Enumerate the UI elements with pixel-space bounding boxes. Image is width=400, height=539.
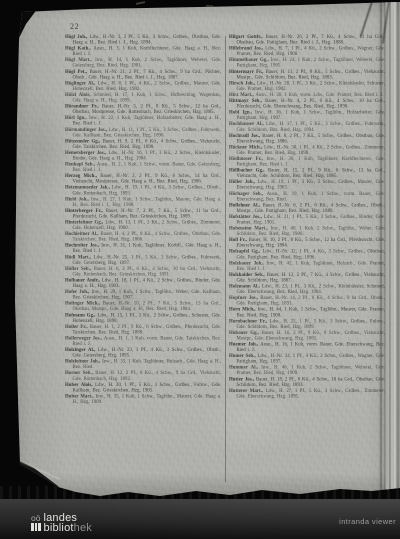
directory-entry: Höfler Seb., Bauer, H. 6, 2 Pf., 6 Kü., … <box>65 266 221 277</box>
logo-line-2: bibliot hek <box>31 523 92 533</box>
directory-entry: Högl Kath., Ausn., H. 3, 1 Kuh, Korbflec… <box>65 46 221 57</box>
logo-bibliothek-text-dim: hek <box>74 523 92 533</box>
directory-entry: Horn Mich., Inw., H. 44, 1 Kuh, 1 Schw.,… <box>229 307 385 318</box>
directory-entry: Höglinger Al., Ldw., H. 8, 1 Pf., 4 Kü.,… <box>65 80 221 91</box>
directory-entry: Höllbacher Gg., Bauer, H. 15, 2 Pf., 9 K… <box>229 168 385 179</box>
directory-entry: Hittmayr Seb., Bauer, H.-Nr. 4, 2 Pf., 6… <box>229 98 385 109</box>
directory-entry: Hutter Jos., Bauer, H. 18, 2 Pf., 6 Kü.,… <box>229 376 385 387</box>
top-right-crease <box>360 0 375 37</box>
directory-entry: Hemetsberger Jos., Ldw., H.-Nr. 16, 1 Pf… <box>65 150 221 161</box>
directory-entry: Holler Fr., Bauer, H. 1, 2 Pf., 9 Kü., 6… <box>65 324 221 335</box>
underpage-corner-sliver <box>0 0 40 46</box>
directory-entry: Hohensinn Mart., Inw., H. 40, 1 Kuh, 2 S… <box>229 226 385 237</box>
directory-entry: Hummer Al., Inw., H. 46, 1 Kuh, 2 Schw.,… <box>229 365 385 376</box>
directory-entry: Hörl Ign., Inw., H. 22, 1 Kuh, Taglöhner… <box>65 115 221 126</box>
directory-entry: Hobl Ign., Inw., H. 36, 1 Kuh, 1 Schw., … <box>229 110 385 121</box>
directory-entry: Hetzmannseder Jak., Ldw., H. 19, 1 Pf., … <box>65 185 221 196</box>
directory-entry: Hofinger Mich., Bauer, H.-Nr. 10, 2 Pf.,… <box>65 301 221 312</box>
corner-curl-highlight <box>18 460 60 480</box>
directory-entry: Hintermayr Fr., Bauer, H. 13, 2 Pf., 8 K… <box>229 69 385 80</box>
directory-entry: Hubauer Gg., Bauer, H. 16, 2 Pf., 9 Kü.,… <box>229 330 385 341</box>
directory-entry: Holl Fr., Bauer, H. 10, 2 Pf., 8 Kü., 5 … <box>229 237 385 248</box>
directory-entry: Holzbauer Joh., Inw., H. 42, 1 Kuh, Tagl… <box>229 260 385 271</box>
directory-entry: Hutterer Mart., Ldw., H. 27, 1 Pf., 5 Kü… <box>229 388 385 399</box>
directory-entry: Henhapl Seb., Ausn., H. 2, 1 Kuh, 1 Schw… <box>65 162 221 173</box>
directory-entry: Högl Joh., Ldw., H.-Nr. 3, 2 Pf., 5 Kü.,… <box>65 34 221 45</box>
directory-entry: Hochhauser Al., Ldw., H. 17, 1 Pf., 5 Kü… <box>229 121 385 132</box>
directory-entry: Hörmandinger Jos., Ldw., H. 11, 1 Pf., 5… <box>65 127 221 138</box>
library-logo: oö landes bibliot hek <box>31 513 92 533</box>
directory-column-right: Hilgart Gottfr., Bauer, H.-Nr. 26, 2 Pf.… <box>229 34 385 498</box>
directory-entry: Hödlmoser Fr., Inw., H. 38, 1 Kuh, Taglö… <box>229 156 385 167</box>
logo-bibliothek-text: bibliot <box>44 523 74 533</box>
directory-entry: Hochreiter Jos., Inw., H. 31, 1 Kuh, Tag… <box>65 243 221 254</box>
directory-entry: Hornbachner Fr., Ldw., H. 25, 1 Pf., 5 K… <box>229 318 385 329</box>
directory-entry: Högl Mart., Inw., H. 14, 1 Kuh, 2 Schw.,… <box>65 57 221 68</box>
directory-entry: Holzinger Al., Ldw., H.-Nr. 23, 1 Pf., 4… <box>65 347 221 358</box>
directory-entry: Holzmann Al., Ldw., H. 23, 1 Pf., 3 Kü.,… <box>229 284 385 295</box>
scan-artifact-mark <box>136 1 145 5</box>
directory-entry: Humer Seb., Ldw., H.-Nr. 34, 1 Pf., 4 Kü… <box>229 353 385 364</box>
directory-entry: Höckner Mich., Ldw., H.-Nr. 30, 1 Pf., 4… <box>229 144 385 155</box>
logo-prefix: oö <box>31 513 40 523</box>
directory-entry: Hörhager Seb., Ausn., H. 19, 1 Kuh, 1 Sc… <box>229 191 385 202</box>
directory-entry: Hillebrand Jos., Ldw., H. 7, 1 Pf., 4 Kü… <box>229 46 385 57</box>
directory-entry: Holzapfel Gg., Ldw., H.-Nr. 32, 1 Pf., 4… <box>229 249 385 260</box>
directory-entry: Huemer Joh., Ausn., H. 16, 1 Kuh, vorm. … <box>229 341 385 352</box>
directory-entry: Hoflehner Al., Bauer, H.-Nr. 6, 2 Pf., 6… <box>229 202 385 213</box>
directory-entry: Högl Pet., Bauer, H.-Nr. 21, 2 Pf., 7 Kü… <box>65 69 221 80</box>
directory-entry: Horner Seb., Bauer, H. 12, 2 Pf., 6 Kü.,… <box>65 370 221 381</box>
directory-entry: Hirsch Joh., Ldw., H.-Nr. 28, 1 Pf., 3 K… <box>229 80 385 91</box>
page-number: 22 <box>70 22 79 31</box>
directory-entry: Holzhaider Seb., Bauer, H. 12, 2 Pf., 7 … <box>229 272 385 283</box>
scanned-page: 22 Högl Joh., Ldw., H.-Nr. 3, 2 Pf., 5 K… <box>0 0 400 499</box>
logo-bars-icon <box>31 523 42 531</box>
directory-entry: Hötzeneder Gg., Bauer, H. 9, 2 Pf., 6 Kü… <box>65 138 221 149</box>
directory-entry: Hochleitner Al., Bauer, H. 4, 2 Pf., 8 K… <box>65 231 221 242</box>
directory-entry: Huber Alois, Ldw., H. 20, 1 Pf., 5 Kü., … <box>65 382 221 393</box>
directory-entry: Hofstätter Jos., Ldw., H. 21, 1 Pf., 5 K… <box>229 214 385 225</box>
directory-entry: Hollerweger Jos., Ausn., H. 1, 1 Kuh, vo… <box>65 335 221 346</box>
directory-entry: Höller Joh., Ldw., H. 19, 1 Pf., 3 Kü., … <box>229 179 385 190</box>
directory-entry: Herzog Mich., Bauer, H.-Nr. 2, 2 Pf., 9 … <box>65 173 221 184</box>
directory-entry: Hofbauer Andr., Ldw., H. 18, 1 Pf., 4 Kü… <box>65 277 221 288</box>
top-left-corner-shadow <box>0 0 60 60</box>
directory-entry: Hofmann Gg., Ldw., H. 15, 1 Pf., 3 Kü., … <box>65 312 221 323</box>
directory-entry: Hörandner Fr., Bauer, H.-Nr. 5, 2 Pf., 8… <box>65 104 221 115</box>
column-divider-rule <box>225 36 226 482</box>
viewer-watermark: intranda viewer <box>339 517 396 526</box>
directory-entry: Hirz Mart., Ausn., H. 28, 1 Kuh, vorm. L… <box>229 92 385 98</box>
directory-entry: Holzleitner Joh., Inw., H. 33, 1 Kuh, Ta… <box>65 359 221 370</box>
directory-entry: Hochradl Jos., Bauer, H. 8, 2 Pf., 7 Kü.… <box>229 133 385 144</box>
directory-entry: Hölzl Alois, Schmied, H. 17, 1 Kuh, 1 Sc… <box>65 92 221 103</box>
directory-entry: Hinterleitner Gg., Ldw., H. 13, 1 Pf., 3… <box>65 220 221 231</box>
directory-entry: Hofer Joh., Inw., H. 29, 1 Kuh, 1 Schw.,… <box>65 289 221 300</box>
viewer-footer: oö landes bibliot hek intranda viewer <box>0 499 400 539</box>
directory-entry: Hilgart Gottfr., Bauer, H.-Nr. 26, 2 Pf.… <box>229 34 385 45</box>
directory-entry: Huber Mart., Inw., H. 35, 1 Kuh, 1 Schw.… <box>65 393 221 404</box>
directory-entry: Hödl Mart., Ldw., H.-Nr. 25, 1 Pf., 5 Kü… <box>65 254 221 265</box>
directory-entry: Himmelbauer Gg., Inw., H. 24, 1 Kuh, 2 S… <box>229 57 385 68</box>
directory-column-left: Högl Joh., Ldw., H.-Nr. 3, 2 Pf., 5 Kü.,… <box>65 34 221 498</box>
directory-entry: Hinterberger Fr., Bauer, H.-Nr. 7, 2 Pf.… <box>65 208 221 219</box>
directory-entry: Hopfner Jos., Bauer, H.-Nr. 14, 2 Pf., 6… <box>229 295 385 306</box>
directory-entry: Hiebl Joh., Inw., H. 27, 1 Kuh, 1 Schw.,… <box>65 196 221 207</box>
